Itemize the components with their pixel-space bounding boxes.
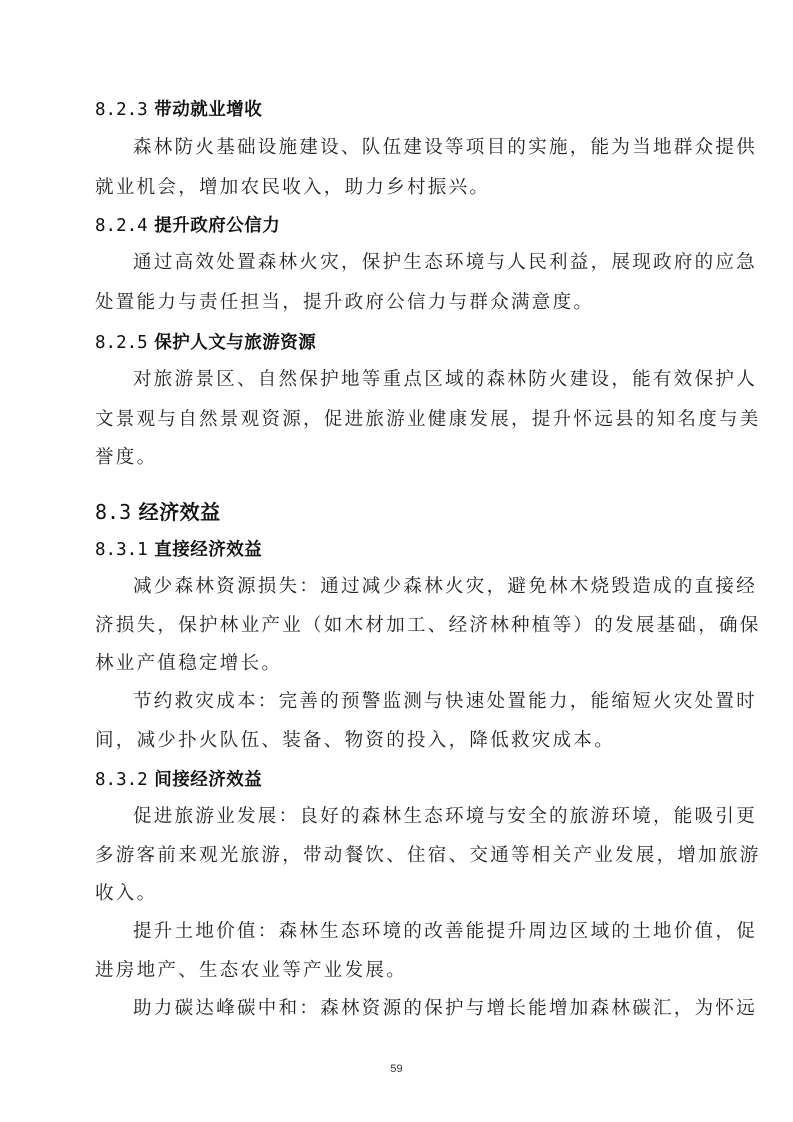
section-heading-8-3-1: 8.3.1 直接经济效益	[95, 538, 262, 562]
paragraph-line: 处置能力与责任担当，提升政府公信力与群众满意度。	[95, 291, 700, 315]
paragraph-line: 文景观与自然景观资源，促进旅游业健康发展，提升怀远县的知名度与美	[95, 408, 700, 432]
paragraph-line: 森林防火基础设施建设、队伍建设等项目的实施，能为当地群众提供	[133, 136, 738, 160]
paragraph-line: 节约救灾成本：完善的预警监测与快速处置能力，能缩短火灾处置时	[133, 690, 738, 714]
paragraph-line: 促进旅游业发展：良好的森林生态环境与安全的旅游环境，能吸引更	[133, 805, 738, 829]
paragraph-line: 间，减少扑火队伍、装备、物资的投入，降低救灾成本。	[95, 729, 700, 753]
section-title: 直接经济效益	[154, 540, 262, 560]
section-number: 8.3.1	[95, 540, 148, 560]
section-title: 带动就业增收	[154, 100, 262, 120]
paragraph-line: 助力碳达峰碳中和：森林资源的保护与增长能增加森林碳汇，为怀远	[133, 997, 738, 1021]
section-heading-8-2-4: 8.2.4 提升政府公信力	[95, 214, 280, 238]
section-title: 保护人文与旅游资源	[154, 333, 316, 353]
paragraph-line: 减少森林资源损失：通过减少森林火灾，避免林木烧毁造成的直接经	[133, 575, 738, 599]
paragraph-line: 对旅游景区、自然保护地等重点区域的森林防火建设，能有效保护人	[133, 368, 738, 392]
paragraph-line: 多游客前来观光旅游，带动餐饮、住宿、交通等相关产业发展，增加旅游	[95, 844, 700, 868]
section-heading-8-2-3: 8.2.3 带动就业增收	[95, 98, 262, 122]
section-title: 提升政府公信力	[154, 216, 280, 236]
paragraph-line: 林业产值稳定增长。	[95, 652, 700, 676]
section-heading-8-2-5: 8.2.5 保护人文与旅游资源	[95, 331, 316, 355]
paragraph-line: 誉度。	[95, 446, 700, 470]
document-page: 8.2.3 带动就业增收 森林防火基础设施建设、队伍建设等项目的实施，能为当地群…	[0, 0, 793, 1122]
section-number: 8.2.4	[95, 216, 148, 236]
paragraph-line: 提升土地价值：森林生态环境的改善能提升周边区域的土地价值，促	[133, 920, 738, 944]
section-title: 经济效益	[139, 500, 221, 524]
section-number: 8.3.2	[95, 770, 148, 790]
section-number: 8.3	[95, 500, 131, 524]
paragraph-line: 进房地产、生态农业等产业发展。	[95, 959, 700, 983]
paragraph-line: 就业机会，增加农民收入，助力乡村振兴。	[95, 176, 700, 200]
page-number: 59	[0, 1063, 793, 1075]
paragraph-line: 通过高效处置森林火灾，保护生态环境与人民利益，展现政府的应急	[133, 251, 738, 275]
section-title: 间接经济效益	[154, 770, 262, 790]
section-heading-8-3-2: 8.3.2 间接经济效益	[95, 768, 262, 792]
paragraph-line: 收入。	[95, 882, 700, 906]
paragraph-line: 济损失，保护林业产业（如木材加工、经济林种植等）的发展基础，确保	[95, 614, 700, 638]
section-heading-8-3: 8.3 经济效益	[95, 499, 221, 525]
section-number: 8.2.3	[95, 100, 148, 120]
section-number: 8.2.5	[95, 333, 148, 353]
